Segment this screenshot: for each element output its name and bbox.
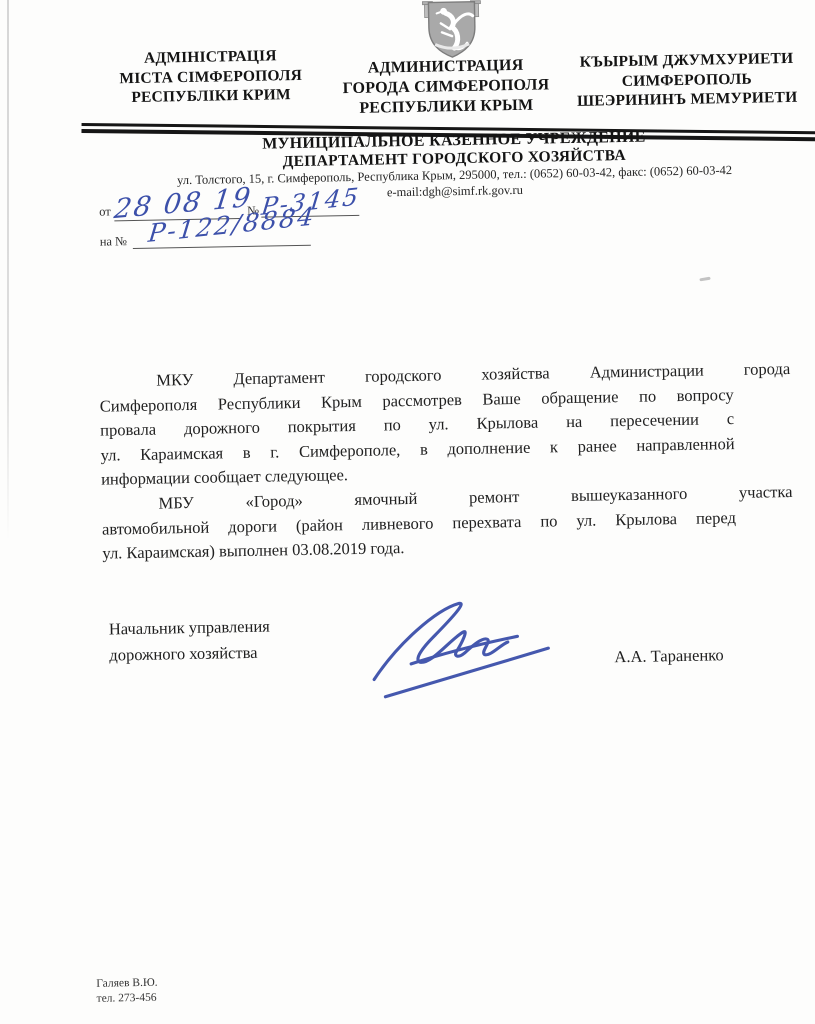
org-line: РЕСПУБЛИКИ КРЫМ [326, 95, 566, 119]
executor-phone: тел. 273-456 [96, 990, 158, 1006]
signer-name: А.А. Тараненко [614, 645, 724, 667]
document-content: АДМІНІСТРАЦІЯ МІСТА СІМФЕРОПОЛЯ РЕСПУБЛІ… [0, 0, 815, 1024]
date-label: от [99, 204, 111, 219]
signature-ink-icon [355, 588, 577, 713]
signer-position-line: Начальник управления [109, 614, 270, 643]
scanned-letter-page: АДМІНІСТРАЦІЯ МІСТА СІМФЕРОПОЛЯ РЕСПУБЛІ… [0, 0, 815, 1024]
org-name-russian: АДМИНИСТРАЦИЯ ГОРОДА СИМФЕРОПОЛЯ РЕСПУБЛ… [325, 55, 566, 119]
org-name-crimean-tatar: КЪЫРЫМ ДЖУМХУРИЕТИ СИМФЕРОПОЛЬ ШЕЭРИНИНЪ… [560, 49, 813, 112]
coat-of-arms-icon [415, 0, 488, 65]
executor-block: Галяев В.Ю. тел. 273-456 [96, 976, 158, 1006]
org-line: ШЕЭРИНИНЪ МЕМУРИЕТИ [561, 88, 813, 112]
signer-position: Начальник управления дорожного хозяйства [109, 614, 271, 669]
scan-artifact-dash [699, 277, 710, 282]
signer-position-line: дорожного хозяйства [109, 640, 270, 669]
org-name-ukrainian: АДМІНІСТРАЦІЯ МІСТА СІМФЕРОПОЛЯ РЕСПУБЛІ… [80, 45, 341, 108]
letter-body: МКУ Департамент городского хозяйства Адм… [99, 358, 736, 566]
reply-number-label: на № [100, 234, 128, 249]
executor-name: Галяев В.Ю. [96, 976, 158, 992]
